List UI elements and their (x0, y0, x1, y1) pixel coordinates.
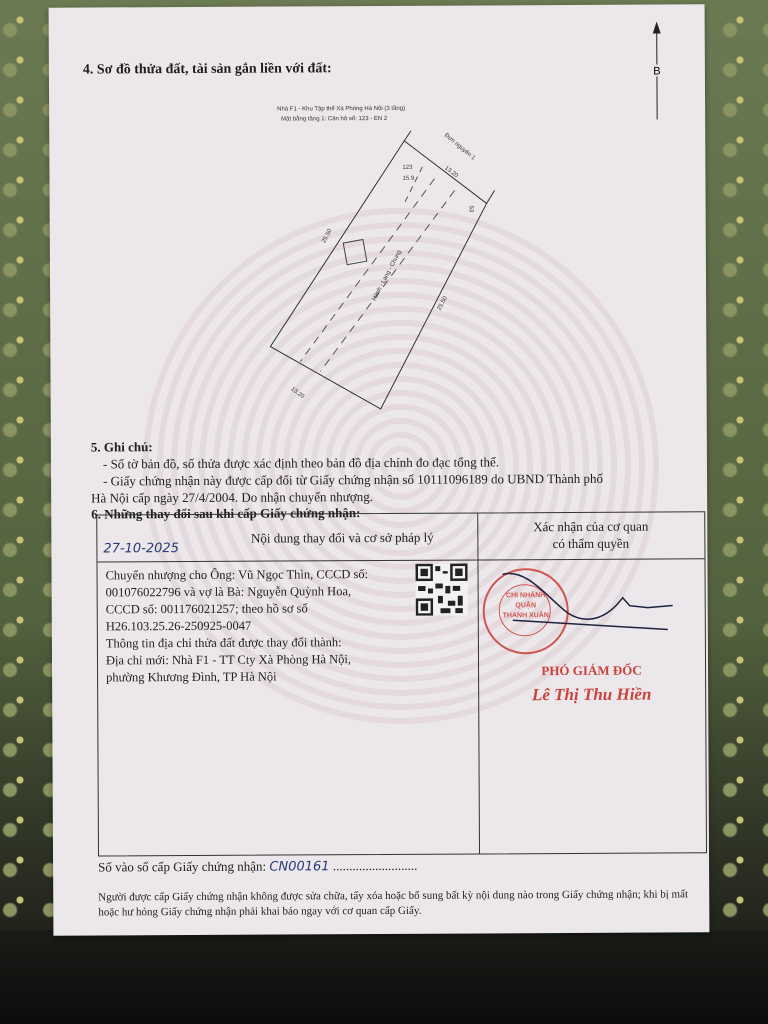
footer-notice: Người được cấp Giấy chứng nhận không đượ… (98, 887, 698, 920)
section-5-title: 5. Ghi chú: (91, 439, 153, 455)
note-line-1: - Số tờ bản đồ, số thửa được xác định th… (103, 453, 499, 472)
dark-surface (0, 930, 768, 1024)
col-header-confirm-1: Xác nhận của cơ quan (477, 518, 704, 535)
svg-text:123: 123 (402, 165, 413, 171)
svg-text:15.9: 15.9 (402, 176, 414, 182)
section-4-title: 4. Sơ đồ thửa đất, tài sản gắn liền với … (83, 61, 332, 78)
qr-code-icon[interactable] (415, 564, 467, 616)
col-header-confirm-2: có thẩm quyền (477, 535, 704, 552)
content-line: Chuyển nhượng cho Ông: Vũ Ngọc Thìn, CCC… (106, 566, 406, 585)
column-divider (477, 513, 480, 853)
content-line: CCCD số: 001176021257; theo hồ sơ số (106, 600, 406, 619)
svg-text:25.50: 25.50 (321, 228, 334, 245)
register-label: Số vào sổ cấp Giấy chứng nhận: (98, 859, 266, 875)
north-arrow-icon: B (647, 19, 668, 129)
handwritten-date: 27-10-2025 (103, 541, 179, 556)
register-number-line: Số vào sổ cấp Giấy chứng nhận: CN00161 .… (98, 858, 417, 876)
changes-table: 27-10-2025 Nội dung thay đổi và cơ sở ph… (96, 511, 707, 856)
signer-name: Lê Thị Thu Hiền (478, 684, 705, 705)
plan-caption-1: Nhà F1 - Khu Tập thể Xà Phòng Hà Nội (3 … (277, 106, 405, 113)
content-line: Địa chỉ mới: Nhà F1 - TT Cty Xà Phòng Hà… (106, 651, 406, 670)
svg-text:B: B (653, 66, 660, 78)
plan-caption-2: Mặt bằng tầng 1: Căn hộ số: 123 - EN 2 (281, 116, 387, 123)
header-divider (97, 558, 704, 562)
land-certificate-page: 4. Sơ đồ thửa đất, tài sản gắn liền với … (49, 4, 710, 935)
floor-plan-diagram: 123 15.9 13.20 53 Đơn nguyên 1 25.50 25.… (264, 130, 526, 421)
col-header-content: Nội dung thay đổi và cơ sở pháp lý (207, 529, 477, 546)
svg-text:Đơn nguyên 1: Đơn nguyên 1 (443, 133, 477, 162)
dotted-fill: .......................... (333, 858, 418, 873)
svg-text:53: 53 (468, 206, 474, 213)
content-line: Thông tin địa chỉ thửa đất được thay đổi… (106, 634, 406, 653)
svg-text:Hành - Lang - Chung: Hành - Lang - Chung (372, 250, 403, 302)
svg-text:13.20: 13.20 (289, 386, 305, 400)
content-line: phường Khương Đình, TP Hà Nội (106, 668, 406, 687)
signer-title: PHÓ GIÁM ĐỐC (478, 662, 705, 679)
signature (498, 567, 678, 638)
content-line: H26.103.25.26-250925-0047 (106, 617, 406, 636)
note-line-2: - Giấy chứng nhận này được cấp đổi từ Gi… (103, 470, 603, 490)
content-line: 001076022796 và vợ là Bà: Nguyễn Quỳnh H… (106, 583, 406, 602)
note-line-3: Hà Nội cấp ngày 27/4/2004. Do nhận chuyể… (91, 488, 373, 506)
change-content: Chuyển nhượng cho Ông: Vũ Ngọc Thìn, CCC… (106, 566, 407, 687)
register-value: CN00161 (269, 859, 329, 874)
